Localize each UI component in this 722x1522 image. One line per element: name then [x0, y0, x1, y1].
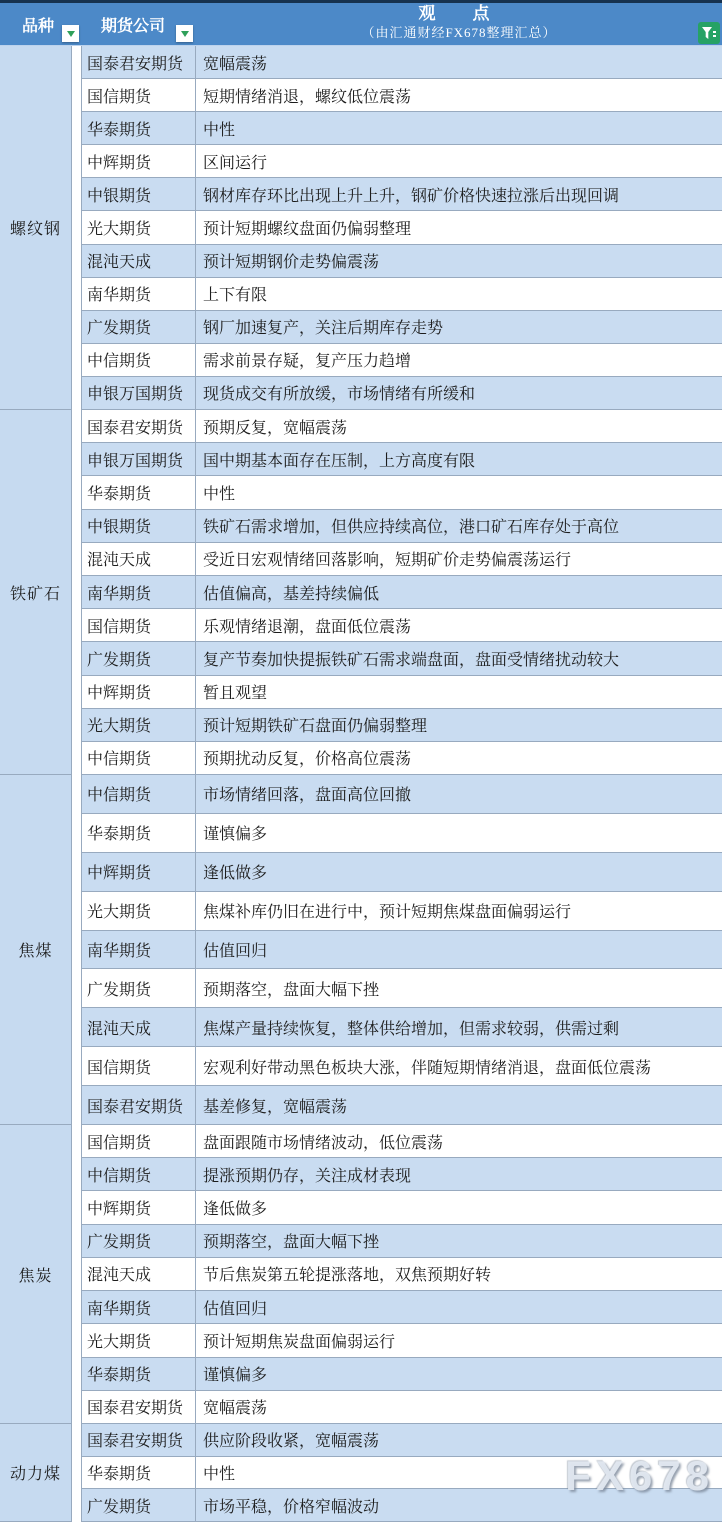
viewpoint-cell: 预期落空，盘面大幅下挫 [195, 969, 722, 1007]
section-rows: 国泰君安期货预期反复，宽幅震荡申银万国期货国中期基本面存在压制，上方高度有限华泰… [81, 410, 722, 775]
viewpoint-cell: 上下有限 [195, 278, 722, 310]
viewpoint-cell: 预计短期铁矿石盘面仍偏弱整理 [195, 709, 722, 741]
viewpoint-column-header: 观 点 （由汇通财经FX678整理汇总） [196, 4, 722, 41]
viewpoint-title: 观 点 [196, 4, 722, 24]
variety-cell: 焦煤 [0, 775, 72, 1125]
futures-viewpoint-table: 品种 期货公司 观 点 （由汇通财经FX678整理汇总） 螺纹钢国泰君安期货宽幅… [0, 0, 722, 1522]
table-row: 国泰君安期货供应阶段收紧，宽幅震荡 [82, 1424, 722, 1457]
company-cell: 国泰君安期货 [82, 410, 195, 442]
company-cell: 广发期货 [82, 1225, 195, 1257]
section-rows: 国信期货盘面跟随市场情绪波动，低位震荡中信期货提涨预期仍存，关注成材表现中辉期货… [81, 1125, 722, 1424]
chevron-down-icon [67, 31, 75, 37]
company-cell: 国泰君安期货 [82, 1391, 195, 1423]
table-row: 国泰君安期货基差修复，宽幅震荡 [82, 1086, 722, 1125]
viewpoint-cell: 暂且观望 [195, 676, 722, 708]
viewpoint-cell: 逢低做多 [195, 1191, 722, 1223]
table-row: 中银期货钢材库存环比出现上升上升，钢矿价格快速拉涨后出现回调 [82, 178, 722, 211]
company-cell: 申银万国期货 [82, 443, 195, 475]
company-cell: 中辉期货 [82, 145, 195, 177]
spacer-column [72, 1424, 81, 1522]
table-header: 品种 期货公司 观 点 （由汇通财经FX678整理汇总） [0, 3, 722, 46]
company-filter-dropdown-icon[interactable] [176, 25, 193, 42]
viewpoint-cell: 需求前景存疑，复产压力趋增 [195, 344, 722, 376]
company-cell: 中信期货 [82, 775, 195, 813]
company-cell: 中辉期货 [82, 1191, 195, 1223]
viewpoint-cell: 中性 [195, 476, 722, 508]
company-cell: 广发期货 [82, 311, 195, 343]
viewpoint-cell: 估值回归 [195, 931, 722, 969]
commodity-section: 焦煤中信期货市场情绪回落，盘面高位回撤华泰期货谨慎偏多中辉期货逢低做多光大期货焦… [0, 775, 722, 1125]
table-row: 国信期货宏观利好带动黑色板块大涨，伴随短期情绪消退，盘面低位震荡 [82, 1047, 722, 1086]
section-rows: 中信期货市场情绪回落，盘面高位回撤华泰期货谨慎偏多中辉期货逢低做多光大期货焦煤补… [81, 775, 722, 1125]
table-row: 申银万国期货现货成交有所放缓，市场情绪有所缓和 [82, 377, 722, 410]
viewpoint-cell: 谨慎偏多 [195, 1358, 722, 1390]
commodity-section: 铁矿石国泰君安期货预期反复，宽幅震荡申银万国期货国中期基本面存在压制，上方高度有… [0, 410, 722, 775]
table-row: 广发期货钢厂加速复产，关注后期库存走势 [82, 311, 722, 344]
viewpoint-cell: 焦煤补库仍旧在进行中，预计短期焦煤盘面偏弱运行 [195, 892, 722, 930]
variety-cell: 螺纹钢 [0, 46, 72, 410]
viewpoint-cell: 中性 [195, 1457, 722, 1489]
table-row: 中辉期货逢低做多 [82, 853, 722, 892]
table-row: 中辉期货逢低做多 [82, 1191, 722, 1224]
viewpoint-cell: 宽幅震荡 [195, 46, 722, 78]
viewpoint-cell: 宽幅震荡 [195, 1391, 722, 1423]
company-cell: 中银期货 [82, 178, 195, 210]
company-cell: 国泰君安期货 [82, 1424, 195, 1456]
viewpoint-cell: 国中期基本面存在压制，上方高度有限 [195, 443, 722, 475]
company-column-header: 期货公司 [101, 13, 165, 36]
viewpoint-cell: 预计短期焦炭盘面偏弱运行 [195, 1324, 722, 1356]
viewpoint-cell: 短期情绪消退，螺纹低位震荡 [195, 79, 722, 111]
table-row: 混沌天成受近日宏观情绪回落影响，短期矿价走势偏震荡运行 [82, 543, 722, 576]
company-cell: 中信期货 [82, 1158, 195, 1190]
viewpoint-cell: 复产节奏加快提振铁矿石需求端盘面，盘面受情绪扰动较大 [195, 642, 722, 674]
viewpoint-cell: 估值回归 [195, 1291, 722, 1323]
company-cell: 申银万国期货 [82, 377, 195, 409]
chevron-down-icon [181, 31, 189, 37]
commodity-section: 螺纹钢国泰君安期货宽幅震荡国信期货短期情绪消退，螺纹低位震荡华泰期货中性中辉期货… [0, 46, 722, 410]
viewpoint-cell: 预计短期螺纹盘面仍偏弱整理 [195, 211, 722, 243]
section-rows: 国泰君安期货宽幅震荡国信期货短期情绪消退，螺纹低位震荡华泰期货中性中辉期货区间运… [81, 46, 722, 410]
viewpoint-cell: 盘面跟随市场情绪波动，低位震荡 [195, 1125, 722, 1157]
viewpoint-cell: 现货成交有所放缓，市场情绪有所缓和 [195, 377, 722, 409]
table-row: 中辉期货暂且观望 [82, 676, 722, 709]
table-row: 华泰期货谨慎偏多 [82, 814, 722, 853]
table-row: 混沌天成预计短期钢价走势偏震荡 [82, 245, 722, 278]
table-row: 光大期货预计短期焦炭盘面偏弱运行 [82, 1324, 722, 1357]
table-row: 申银万国期货国中期基本面存在压制，上方高度有限 [82, 443, 722, 476]
company-cell: 国信期货 [82, 79, 195, 111]
company-cell: 混沌天成 [82, 245, 195, 277]
company-cell: 国信期货 [82, 1125, 195, 1157]
viewpoint-subtitle: （由汇通财经FX678整理汇总） [196, 24, 722, 41]
table-row: 华泰期货谨慎偏多 [82, 1358, 722, 1391]
company-cell: 广发期货 [82, 1489, 195, 1521]
company-cell: 广发期货 [82, 642, 195, 674]
table-row: 国信期货盘面跟随市场情绪波动，低位震荡 [82, 1125, 722, 1158]
table-row: 中信期货预期扰动反复，价格高位震荡 [82, 742, 722, 775]
viewpoint-cell: 预期扰动反复，价格高位震荡 [195, 742, 722, 774]
table-row: 南华期货估值偏高，基差持续偏低 [82, 576, 722, 609]
spacer-column [72, 410, 81, 775]
table-row: 华泰期货中性 [82, 476, 722, 509]
variety-cell: 动力煤 [0, 1424, 72, 1522]
table-row: 中信期货提涨预期仍存，关注成材表现 [82, 1158, 722, 1191]
company-cell: 华泰期货 [82, 476, 195, 508]
company-cell: 中信期货 [82, 742, 195, 774]
company-cell: 混沌天成 [82, 1008, 195, 1046]
table-row: 华泰期货中性 [82, 112, 722, 145]
company-cell: 中辉期货 [82, 853, 195, 891]
table-row: 广发期货市场平稳，价格窄幅波动 [82, 1489, 722, 1522]
viewpoint-cell: 供应阶段收紧，宽幅震荡 [195, 1424, 722, 1456]
table-row: 中信期货需求前景存疑，复产压力趋增 [82, 344, 722, 377]
table-row: 光大期货预计短期螺纹盘面仍偏弱整理 [82, 211, 722, 244]
company-cell: 国泰君安期货 [82, 1086, 195, 1124]
viewpoint-cell: 区间运行 [195, 145, 722, 177]
company-cell: 华泰期货 [82, 112, 195, 144]
viewpoint-cell: 钢厂加速复产，关注后期库存走势 [195, 311, 722, 343]
viewpoint-cell: 钢材库存环比出现上升上升，钢矿价格快速拉涨后出现回调 [195, 178, 722, 210]
company-cell: 中银期货 [82, 510, 195, 542]
table-row: 中银期货铁矿石需求增加，但供应持续高位，港口矿石库存处于高位 [82, 510, 722, 543]
company-cell: 光大期货 [82, 1324, 195, 1356]
company-cell: 华泰期货 [82, 1358, 195, 1390]
table-row: 华泰期货中性 [82, 1457, 722, 1490]
viewpoint-cell: 铁矿石需求增加，但供应持续高位，港口矿石库存处于高位 [195, 510, 722, 542]
viewpoint-cell: 中性 [195, 112, 722, 144]
company-cell: 光大期货 [82, 892, 195, 930]
viewpoint-cell: 逢低做多 [195, 853, 722, 891]
viewpoint-cell: 市场平稳，价格窄幅波动 [195, 1489, 722, 1521]
company-cell: 南华期货 [82, 1291, 195, 1323]
viewpoint-cell: 提涨预期仍存，关注成材表现 [195, 1158, 722, 1190]
viewpoint-cell: 市场情绪回落，盘面高位回撤 [195, 775, 722, 813]
commodity-section: 动力煤国泰君安期货供应阶段收紧，宽幅震荡华泰期货中性广发期货市场平稳，价格窄幅波… [0, 1424, 722, 1522]
table-row: 光大期货焦煤补库仍旧在进行中，预计短期焦煤盘面偏弱运行 [82, 892, 722, 931]
viewpoint-cell: 节后焦炭第五轮提涨落地，双焦预期好转 [195, 1258, 722, 1290]
table-row: 国泰君安期货宽幅震荡 [82, 1391, 722, 1424]
commodity-section: 焦炭国信期货盘面跟随市场情绪波动，低位震荡中信期货提涨预期仍存，关注成材表现中辉… [0, 1125, 722, 1424]
viewpoint-cell: 宏观利好带动黑色板块大涨，伴随短期情绪消退，盘面低位震荡 [195, 1047, 722, 1085]
viewpoint-cell: 预期反复，宽幅震荡 [195, 410, 722, 442]
company-cell: 光大期货 [82, 211, 195, 243]
company-cell: 混沌天成 [82, 543, 195, 575]
viewpoint-cell: 谨慎偏多 [195, 814, 722, 852]
spacer-column [72, 1125, 81, 1424]
company-cell: 中辉期货 [82, 676, 195, 708]
table-row: 南华期货估值回归 [82, 1291, 722, 1324]
viewpoint-cell: 预期落空，盘面大幅下挫 [195, 1225, 722, 1257]
viewpoint-cell: 基差修复，宽幅震荡 [195, 1086, 722, 1124]
company-cell: 华泰期货 [82, 814, 195, 852]
company-cell: 华泰期货 [82, 1457, 195, 1489]
section-rows: 国泰君安期货供应阶段收紧，宽幅震荡华泰期货中性广发期货市场平稳，价格窄幅波动 [81, 1424, 722, 1522]
company-cell: 光大期货 [82, 709, 195, 741]
company-cell: 国信期货 [82, 1047, 195, 1085]
viewpoint-cell: 预计短期钢价走势偏震荡 [195, 245, 722, 277]
viewpoint-cell: 乐观情绪退潮，盘面低位震荡 [195, 609, 722, 641]
viewpoint-cell: 估值偏高，基差持续偏低 [195, 576, 722, 608]
table-row: 光大期货预计短期铁矿石盘面仍偏弱整理 [82, 709, 722, 742]
table-row: 南华期货估值回归 [82, 931, 722, 970]
viewpoint-cell: 焦煤产量持续恢复，整体供给增加，但需求较弱，供需过剩 [195, 1008, 722, 1046]
company-cell: 南华期货 [82, 576, 195, 608]
table-row: 南华期货上下有限 [82, 278, 722, 311]
table-row: 广发期货预期落空，盘面大幅下挫 [82, 1225, 722, 1258]
variety-column-header: 品种 [22, 13, 54, 36]
variety-filter-dropdown-icon[interactable] [62, 25, 79, 42]
table-row: 广发期货复产节奏加快提振铁矿石需求端盘面，盘面受情绪扰动较大 [82, 642, 722, 675]
company-cell: 南华期货 [82, 931, 195, 969]
company-cell: 广发期货 [82, 969, 195, 1007]
table-row: 中辉期货区间运行 [82, 145, 722, 178]
company-cell: 南华期货 [82, 278, 195, 310]
table-row: 中信期货市场情绪回落，盘面高位回撤 [82, 775, 722, 814]
table-row: 国泰君安期货宽幅震荡 [82, 46, 722, 79]
funnel-glyph [701, 26, 717, 41]
table-row: 国泰君安期货预期反复，宽幅震荡 [82, 410, 722, 443]
company-cell: 国信期货 [82, 609, 195, 641]
company-cell: 中信期货 [82, 344, 195, 376]
table-body: 螺纹钢国泰君安期货宽幅震荡国信期货短期情绪消退，螺纹低位震荡华泰期货中性中辉期货… [0, 46, 722, 1522]
table-row: 国信期货乐观情绪退潮，盘面低位震荡 [82, 609, 722, 642]
viewpoint-cell: 受近日宏观情绪回落影响，短期矿价走势偏震荡运行 [195, 543, 722, 575]
variety-cell: 焦炭 [0, 1125, 72, 1424]
spacer-column [72, 775, 81, 1125]
table-row: 广发期货预期落空，盘面大幅下挫 [82, 969, 722, 1008]
funnel-filter-icon[interactable] [698, 22, 720, 44]
company-cell: 混沌天成 [82, 1258, 195, 1290]
company-cell: 国泰君安期货 [82, 46, 195, 78]
spacer-column [72, 46, 81, 410]
variety-cell: 铁矿石 [0, 410, 72, 775]
table-row: 混沌天成焦煤产量持续恢复，整体供给增加，但需求较弱，供需过剩 [82, 1008, 722, 1047]
table-row: 混沌天成节后焦炭第五轮提涨落地，双焦预期好转 [82, 1258, 722, 1291]
table-row: 国信期货短期情绪消退，螺纹低位震荡 [82, 79, 722, 112]
